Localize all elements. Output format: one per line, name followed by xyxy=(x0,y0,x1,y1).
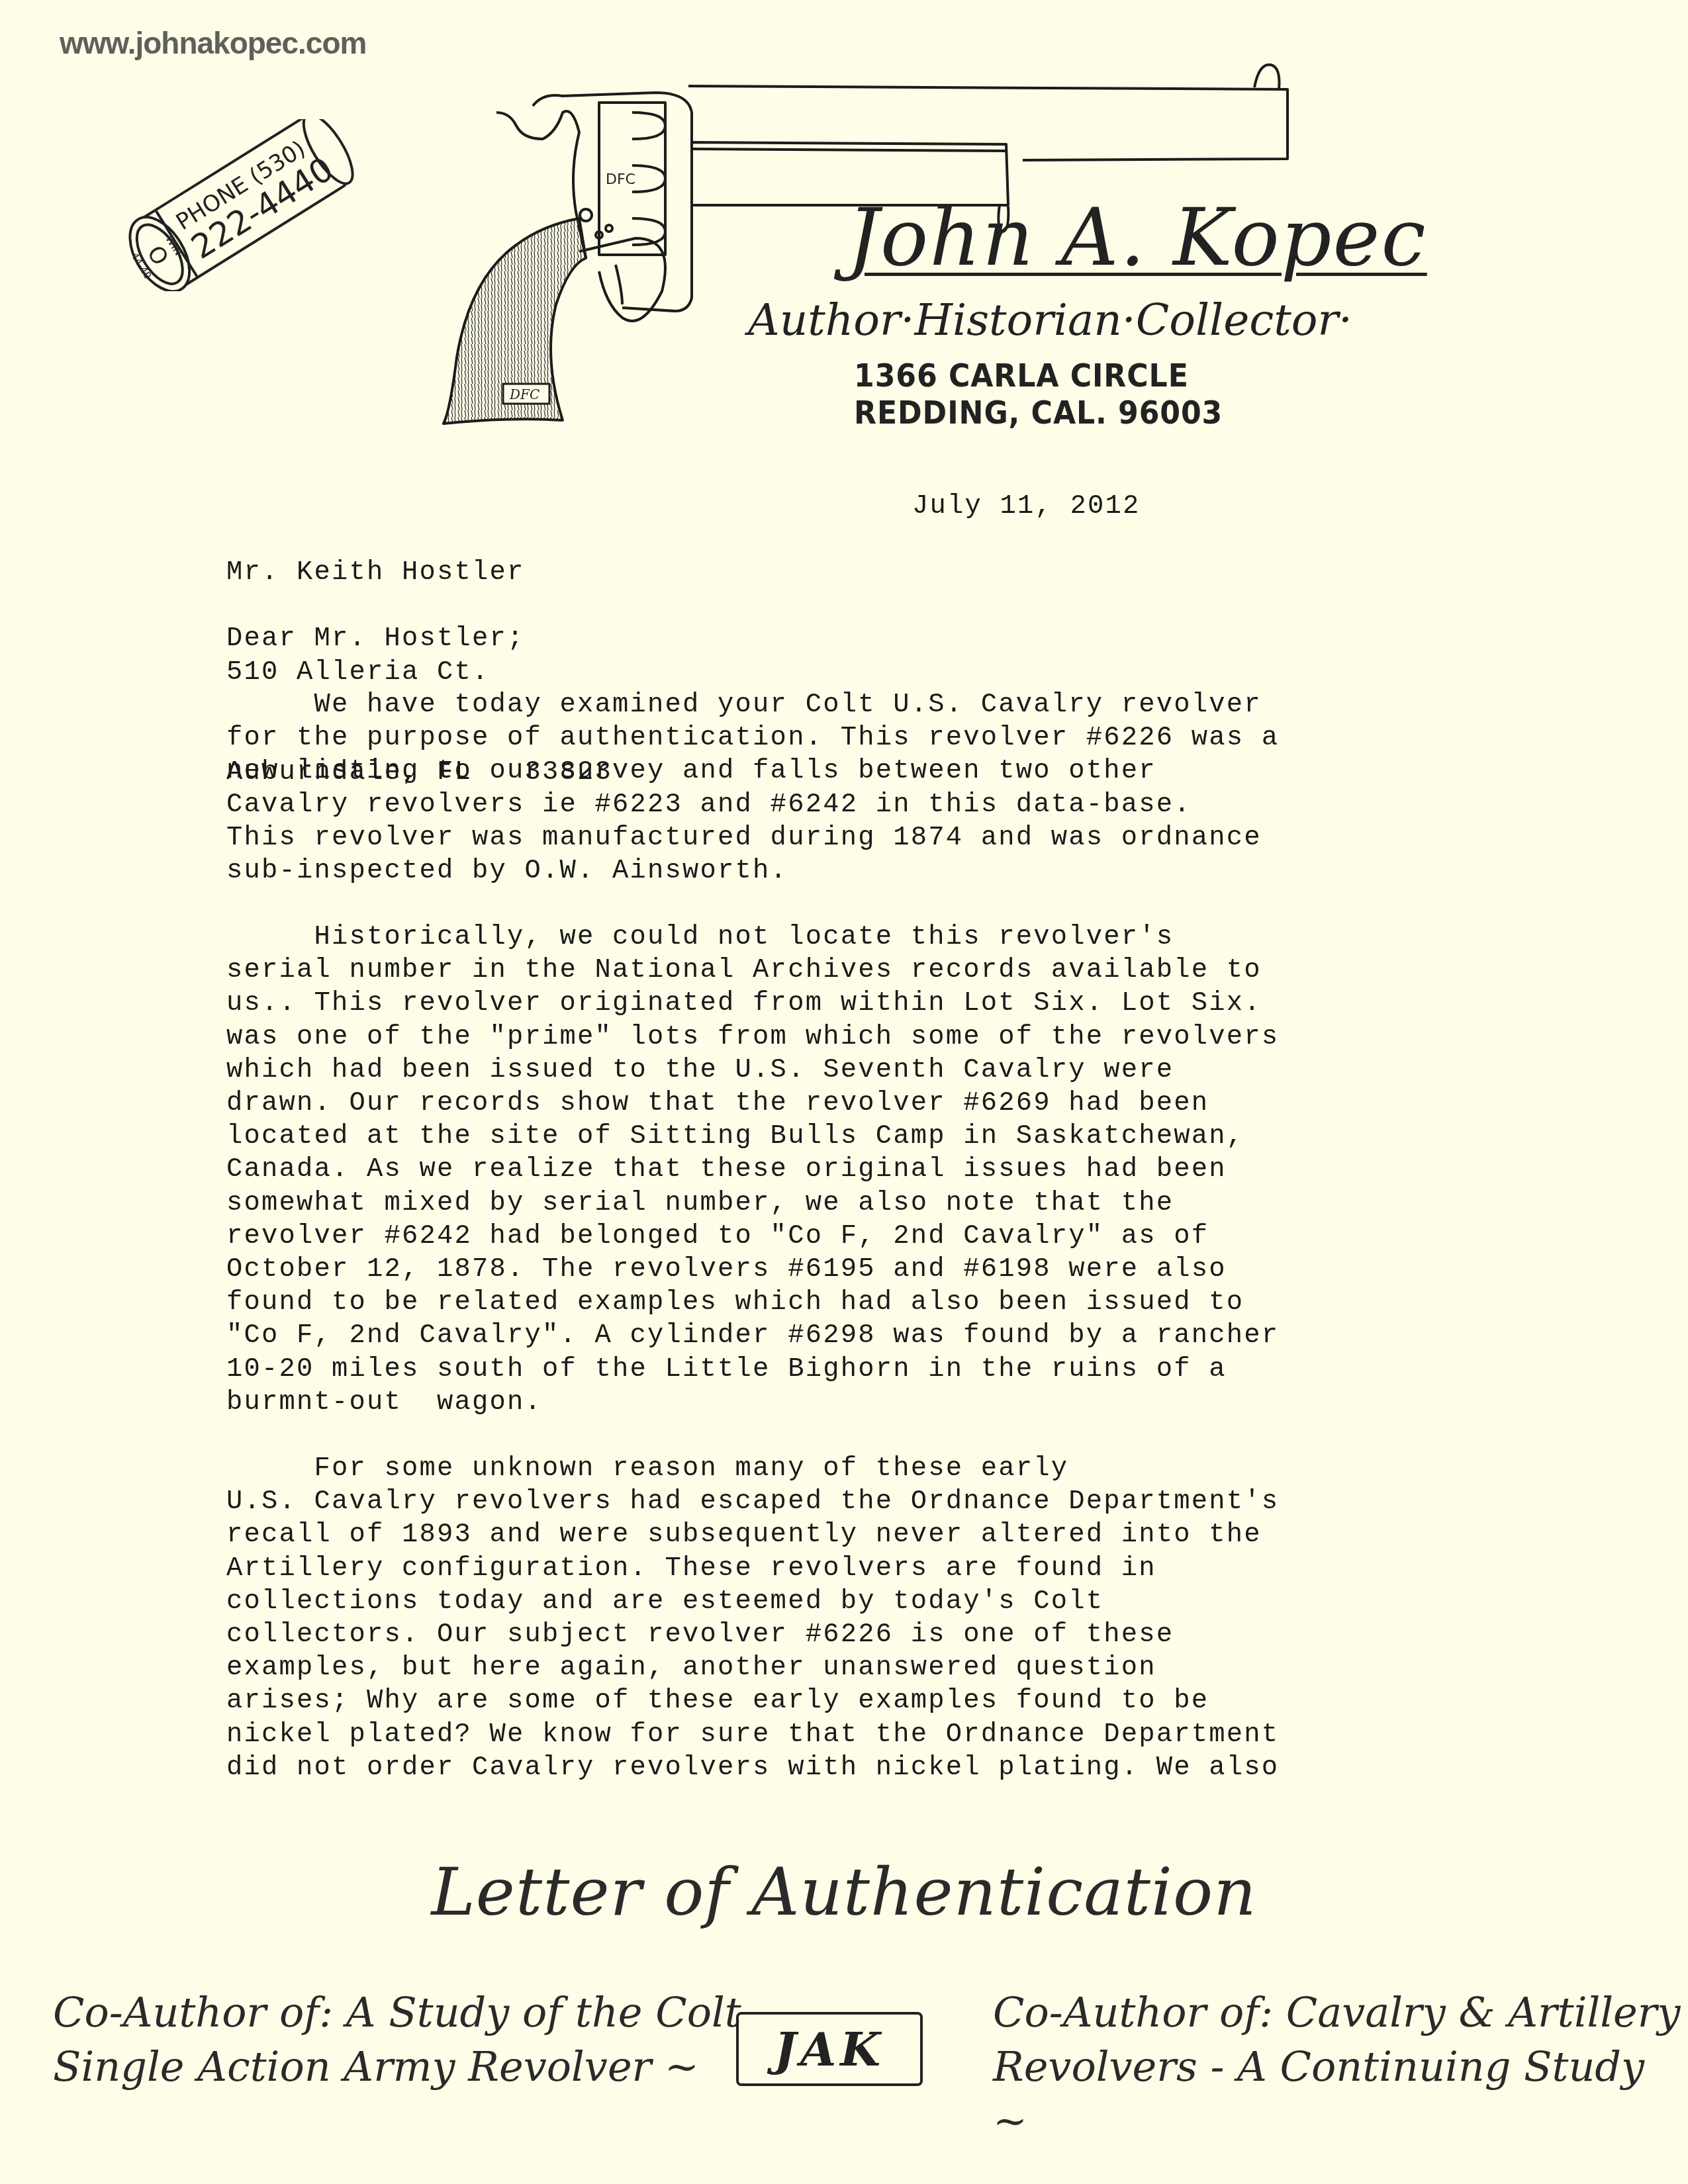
svg-text:DFC: DFC xyxy=(509,387,539,402)
paragraph-line: "Co F, 2nd Cavalry". A cylinder #6298 wa… xyxy=(226,1319,1279,1352)
paragraph-line: U.S. Cavalry revolvers had escaped the O… xyxy=(226,1485,1279,1518)
body-paragraph: Historically, we could not locate this r… xyxy=(226,921,1279,1419)
paragraph-line: for the purpose of authentication. This … xyxy=(226,721,1279,754)
monogram-seal: JAK xyxy=(736,2012,923,2086)
credit-line: Co-Author of: Cavalry & Artillery xyxy=(993,1985,1688,2040)
cartridge-phone-icon: PHONE (530) 222-4440 WIN O 44-40 xyxy=(99,119,377,291)
letterhead-tagline: Author·Historian·Collector· xyxy=(748,295,1352,345)
paragraph-line: nickel plated? We know for sure that the… xyxy=(226,1718,1279,1751)
paragraph-line: was one of the "prime" lots from which s… xyxy=(226,1021,1279,1054)
credit-line: Revolvers - A Continuing Study ~ xyxy=(993,2040,1688,2148)
paragraph-line: us.. This revolver originated from withi… xyxy=(226,987,1279,1020)
paragraph-line: Artillery configuration. These revolvers… xyxy=(226,1552,1279,1585)
paragraph-line: 10-20 miles south of the Little Bighorn … xyxy=(226,1353,1279,1386)
credit-line: Co-Author of: A Study of the Colt xyxy=(53,1985,741,2040)
recipient-line: Mr. Keith Hostler xyxy=(226,556,612,589)
paragraph-line: revolver #6242 had belonged to "Co F, 2n… xyxy=(226,1220,1279,1253)
document-title: Letter of Authentication xyxy=(0,1853,1688,1931)
paragraph-line: arises; Why are some of these early exam… xyxy=(226,1684,1279,1717)
letter-date: July 11, 2012 xyxy=(912,490,1141,523)
letterhead-name: John A. Kopec xyxy=(847,192,1427,284)
letterhead-address: 1366 CARLA CIRCLE REDDING, CAL. 96003 xyxy=(854,357,1223,432)
credit-line: Single Action Army Revolver ~ xyxy=(53,2040,741,2094)
paragraph-line: collections today and are esteemed by to… xyxy=(226,1585,1279,1618)
paragraph-line: which had been issued to the U.S. Sevent… xyxy=(226,1054,1279,1087)
address-line: REDDING, CAL. 96003 xyxy=(854,394,1223,432)
paragraph-line: serial number in the National Archives r… xyxy=(226,954,1279,987)
paragraph-line: This revolver was manufactured during 18… xyxy=(226,821,1279,854)
paragraph-line: Canada. As we realize that these origina… xyxy=(226,1153,1279,1186)
paragraph-line: somewhat mixed by serial number, we also… xyxy=(226,1187,1279,1220)
paragraph-line: recall of 1893 and were subsequently nev… xyxy=(226,1518,1279,1551)
recipient-line: 510 Alleria Ct. xyxy=(226,656,612,689)
paragraph-line: examples, but here again, another unansw… xyxy=(226,1651,1279,1684)
paragraph-line: Cavalry revolvers ie #6223 and #6242 in … xyxy=(226,788,1279,821)
paragraph-line: collectors. Our subject revolver #6226 i… xyxy=(226,1618,1279,1651)
salutation: Dear Mr. Hostler; xyxy=(226,622,525,655)
paragraph-line: We have today examined your Colt U.S. Ca… xyxy=(226,688,1279,721)
paragraph-line: did not order Cavalry revolvers with nic… xyxy=(226,1751,1279,1784)
paragraph-line: sub-inspected by O.W. Ainsworth. xyxy=(226,854,1279,887)
paragraph-line: found to be related examples which had a… xyxy=(226,1286,1279,1319)
paragraph-line: located at the site of Sitting Bulls Cam… xyxy=(226,1120,1279,1153)
website-url: www.johnakopec.com xyxy=(60,25,366,61)
paragraph-line: burmnt-out wagon. xyxy=(226,1386,1279,1419)
body-paragraph: For some unknown reason many of these ea… xyxy=(226,1452,1279,1784)
paragraph-line: For some unknown reason many of these ea… xyxy=(226,1452,1279,1485)
coauthor-credit-left: Co-Author of: A Study of the Colt Single… xyxy=(53,1985,741,2094)
address-line: 1366 CARLA CIRCLE xyxy=(854,357,1223,394)
paragraph-line: drawn. Our records show that the revolve… xyxy=(226,1087,1279,1120)
coauthor-credit-right: Co-Author of: Cavalry & Artillery Revolv… xyxy=(993,1985,1688,2148)
paragraph-line: new listing to our survey and falls betw… xyxy=(226,754,1279,788)
body-paragraph: We have today examined your Colt U.S. Ca… xyxy=(226,688,1279,887)
paragraph-line: Historically, we could not locate this r… xyxy=(226,921,1279,954)
svg-text:DFC: DFC xyxy=(606,171,635,188)
paragraph-line: October 12, 1878. The revolvers #6195 an… xyxy=(226,1253,1279,1286)
